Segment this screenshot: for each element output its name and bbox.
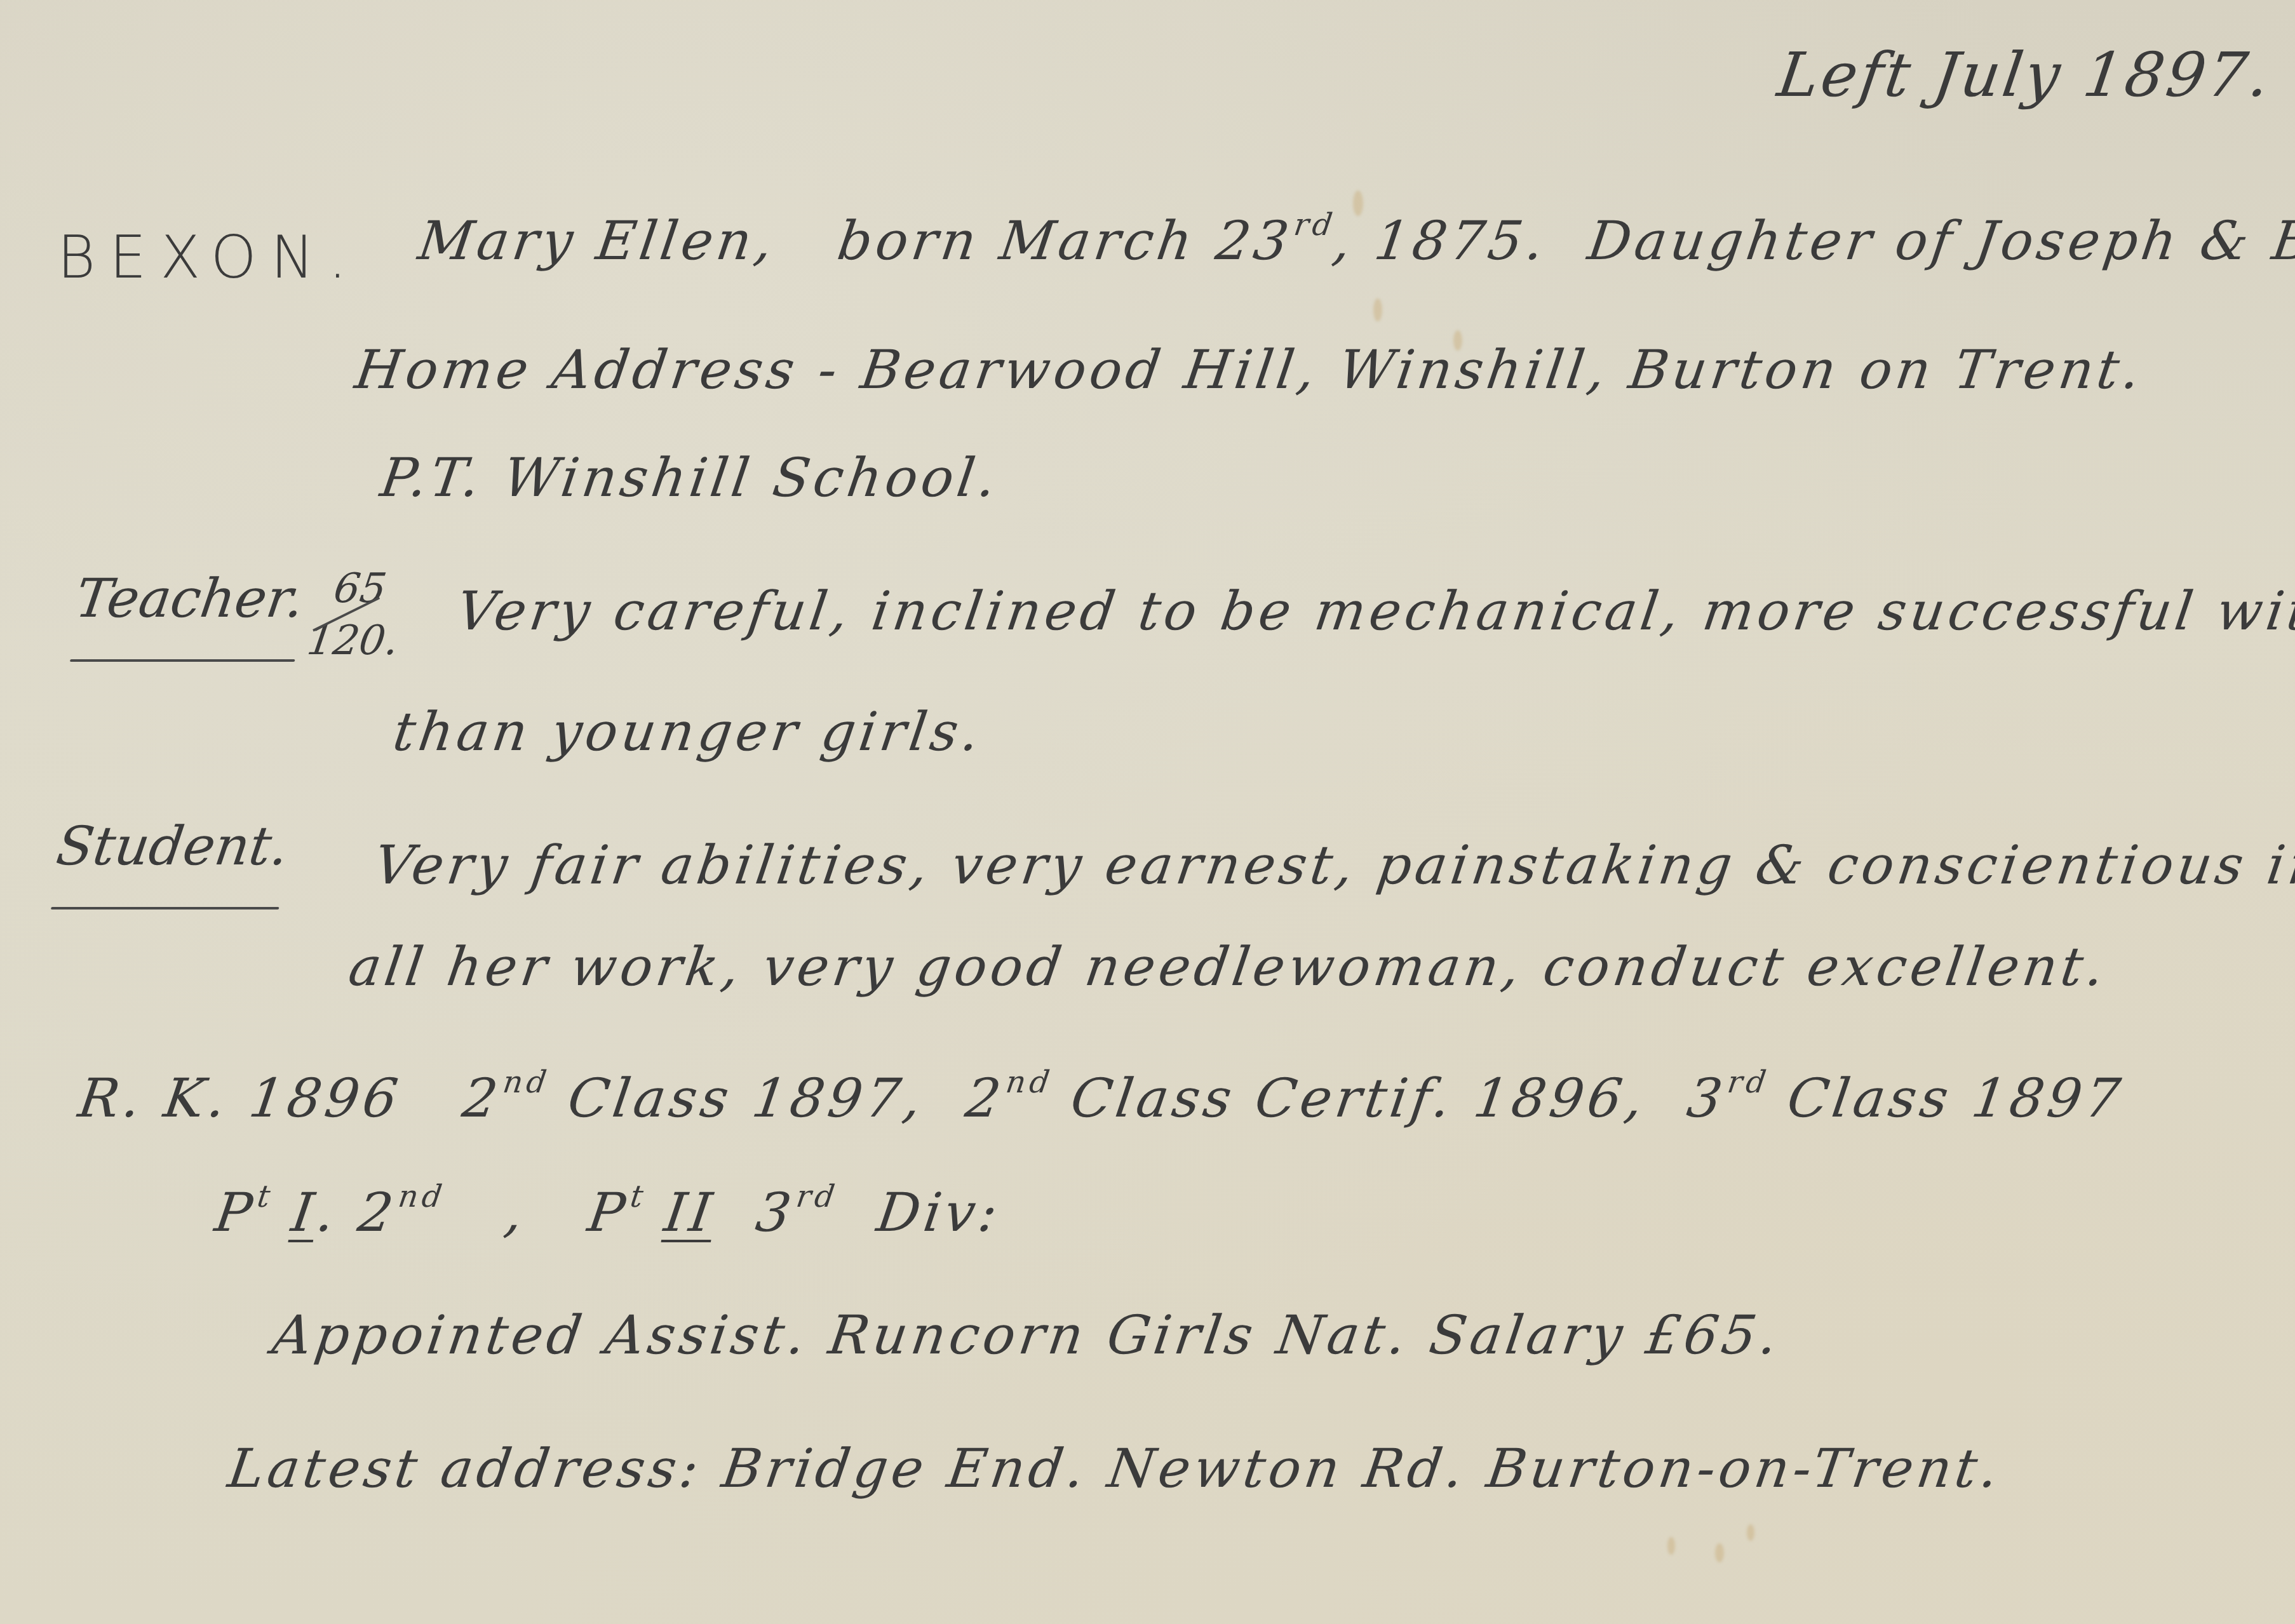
appointment-line: Appointed Assist. Runcorn Girls Nat. Sal… xyxy=(269,1308,1784,1362)
student-remark-line-2: all her work, very good needlewoman, con… xyxy=(346,940,2111,993)
class-a-text: Class 1897, xyxy=(564,1067,929,1129)
class-a-suffix: nd xyxy=(501,1064,553,1100)
teacher-label: Teacher. xyxy=(72,572,307,625)
separator: , xyxy=(501,1181,530,1244)
part-a-division-suffix: nd xyxy=(396,1179,448,1214)
student-remark-line-1: Very fair abilities, very earnest, pains… xyxy=(371,838,2295,892)
given-names: Mary Ellen, xyxy=(415,210,781,272)
document-page: Left July 1897. BEXON. Mary Ellen, born … xyxy=(0,0,2295,1624)
class-b-number: 2 xyxy=(962,1067,1008,1129)
class-b-text: Class Certif. 1896, xyxy=(1067,1067,1651,1129)
born-day: 23 xyxy=(1212,210,1296,272)
foxing-stain xyxy=(1715,1543,1724,1562)
teacher-remark-line-2: than younger girls. xyxy=(390,705,986,758)
foxing-stain xyxy=(1667,1537,1675,1555)
score-numerator: 65 xyxy=(312,568,408,609)
class-c-number: 3 xyxy=(1683,1067,1730,1129)
part-b-division-suffix: rd xyxy=(794,1179,841,1214)
part-b-prefix: P xyxy=(584,1181,633,1244)
rk-year: R. K. 1896 xyxy=(75,1067,405,1129)
part-a-prefix: P xyxy=(212,1181,260,1244)
class-b-suffix: nd xyxy=(1004,1064,1056,1100)
pupil-teacher-school: P.T. Winshill School. xyxy=(377,451,1003,504)
class-c-text: Class 1897 xyxy=(1784,1067,2128,1129)
latest-address-line: Latest address: Bridge End. Newton Rd. B… xyxy=(225,1442,2005,1495)
exam-results-line-1: R. K. 1896 2nd Class 1897, 2nd Class Cer… xyxy=(76,1067,2128,1125)
left-date-note: Left July 1897. xyxy=(1774,44,2275,105)
teacher-remark-line-1: Very careful, inclined to be mechanical,… xyxy=(454,584,2295,638)
surname: BEXON. xyxy=(57,229,361,287)
born-day-suffix: rd xyxy=(1291,207,1338,243)
parents: Daughter of Joseph & Bertha Bexon. xyxy=(1584,210,2295,272)
foxing-stain xyxy=(1747,1524,1754,1541)
foxing-stain xyxy=(1373,299,1382,321)
part-b-division: 3 xyxy=(752,1181,798,1244)
teacher-score: 65 120. xyxy=(305,568,408,661)
born-year: , 1875. xyxy=(1329,210,1552,272)
born-label: born March xyxy=(834,210,1200,272)
class-a-number: 2 xyxy=(459,1067,505,1129)
part-a-division: . 2 xyxy=(313,1181,401,1244)
part-b-numeral: II xyxy=(661,1181,719,1244)
division-label: Div: xyxy=(873,1181,1006,1244)
class-c-suffix: rd xyxy=(1725,1064,1772,1100)
exam-results-line-2: Pt I. 2nd , Pt II 3rd Div: xyxy=(212,1181,1006,1239)
student-label: Student. xyxy=(53,819,292,873)
home-address-line: Home Address - Bearwood Hill, Winshill, … xyxy=(352,343,2147,396)
name-birth-line: Mary Ellen, born March 23rd, 1875. Daugh… xyxy=(415,210,2295,267)
